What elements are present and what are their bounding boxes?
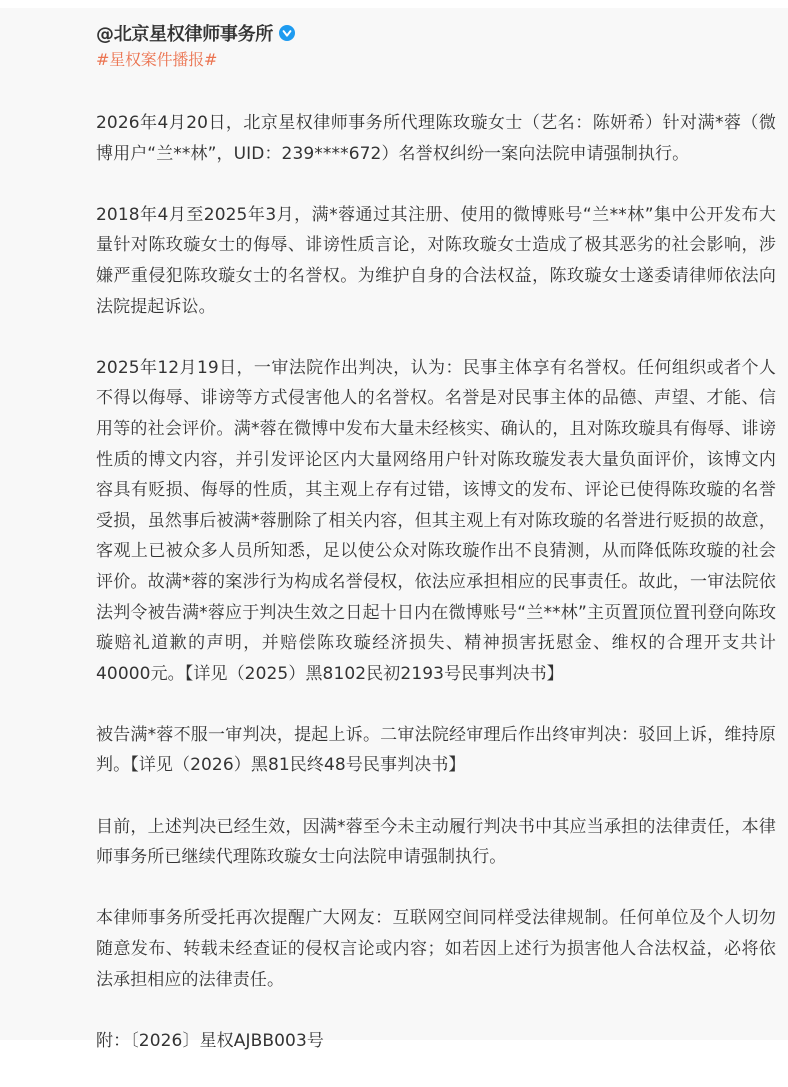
paragraph-background: 2018年4月至2025年3月，满*蓉通过其注册、使用的微博账号“兰**林”集中… [96, 200, 776, 322]
post-body: 2026年4月20日，北京星权律师事务所代理陈玫璇女士（艺名：陈妍希）针对满*蓉… [96, 108, 776, 1040]
post-header: @北京星权律师事务所 #星权案件播报# [96, 20, 295, 70]
paragraph-reference-number: 附：〔2026〕星权AJBB003号 [96, 1026, 776, 1040]
weibo-post-card: @北京星权律师事务所 #星权案件播报# 2026年4月20日，北京星权律师事务所… [0, 8, 788, 1040]
paragraph-reminder: 本律师事务所受托再次提醒广大网友：互联网空间同样受法律规制。任何单位及个人切勿随… [96, 903, 776, 995]
hashtag-link[interactable]: #星权案件播报# [96, 47, 295, 70]
paragraph-second-instance: 被告满*蓉不服一审判决，提起上诉。二审法院经审理后作出终审判决：驳回上诉，维持原… [96, 720, 776, 781]
paragraph-enforcement: 目前，上述判决已经生效，因满*蓉至今未主动履行判决书中其应当承担的法律责任，本律… [96, 812, 776, 873]
paragraph-intro: 2026年4月20日，北京星权律师事务所代理陈玫璇女士（艺名：陈妍希）针对满*蓉… [96, 108, 776, 169]
author-name[interactable]: @北京星权律师事务所 [96, 20, 273, 46]
paragraph-first-instance: 2025年12月19日，一审法院作出判决，认为：民事主体享有名誉权。任何组织或者… [96, 353, 776, 690]
author-row: @北京星权律师事务所 [96, 20, 295, 46]
verified-badge-icon [279, 25, 295, 41]
